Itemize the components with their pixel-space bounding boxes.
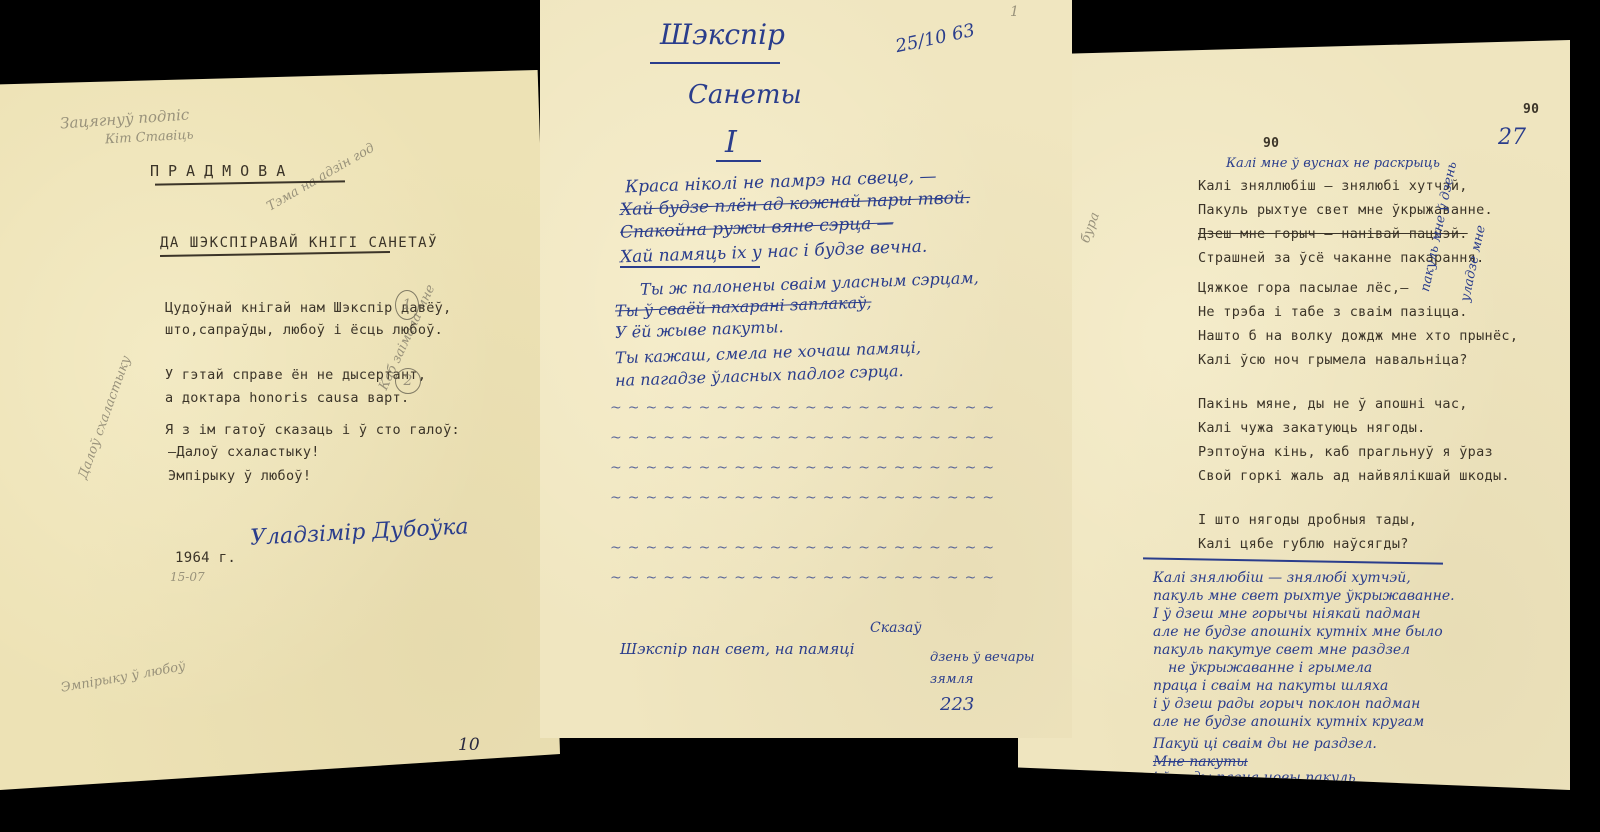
page-subtitle: ДА ШЭКСПІРАВАЙ КНІГІ САНЕТАЎ (160, 235, 438, 251)
handwritten-line: Пакуй ці сваім ды не раздзел. (1153, 736, 1377, 752)
page-number-corner: 90 (1523, 102, 1539, 117)
poem-line: —Далоў схаластыку! (168, 444, 320, 460)
ink-scribbles: ~~~~~~~~~~~~~~~~~~~~~~ (610, 540, 1000, 556)
sonnet-numeral: I (725, 125, 737, 160)
poem-line: Дзеш мне горыч — нанівай пацнэй. (1198, 226, 1468, 242)
pencil-note: Эмпірыку ў любоў (60, 659, 187, 696)
handwritten-line: Шэкспір пан свет, на памяці (620, 640, 855, 658)
poem-line: што,сапраўды, любоў і ёсць любоў. (165, 322, 443, 338)
handwritten-line: і ў дзеш рады горыч поклон падман (1153, 696, 1420, 712)
handwritten-line: Хай памяць іх у нас і будзе вечна. (620, 237, 928, 268)
signature: Уладзімір Дубоўка (249, 514, 469, 550)
handwritten-line: пакуль мне свет рыхтуе ўкрыжаванне. (1153, 588, 1455, 604)
heading-underline (650, 62, 780, 64)
circle-mark: 1 (395, 290, 419, 320)
pencil-note: Далоў схаластыку (76, 354, 135, 481)
ink-scribbles: ~~~~~~~~~~~~~~~~~~~~~~ (610, 430, 1000, 446)
poem-line: Калі цябе гублю наўсягды? (1198, 536, 1409, 552)
ink-scribbles: ~~~~~~~~~~~~~~~~~~~~~~ (610, 400, 1000, 416)
handwritten-line: праца і сваім на пакуты шляха (1153, 678, 1388, 694)
poem-line: Пакінь мяне, ды не ў апошні час, (1198, 396, 1468, 412)
author-heading: Шэкспір (660, 18, 785, 51)
pencil-note: бура (1078, 210, 1103, 245)
manuscript-page-middle: Шэкспір Санеты I 25/10 63 Краса ніколі н… (540, 0, 1072, 738)
poem-line: Страшней за ўсё чаканне пакарання. (1198, 250, 1485, 266)
handwritten-line: пакуль пакутуе свет мне раздзел (1153, 642, 1410, 658)
ink-scribbles: ~~~~~~~~~~~~~~~~~~~~~~ (610, 460, 1000, 476)
poem-line: Эмпірыку ў любоў! (168, 468, 311, 484)
poem-line: Не трэба і табе з сваім пазіцца. (1198, 304, 1468, 320)
subtitle-underline (160, 251, 390, 257)
date-note: 15-07 (170, 570, 205, 584)
handwritten-line: І ў дзеш мне горычы ніякай падман (1153, 606, 1421, 622)
manuscript-page-left: Зацягнуў подпіс Кіт Ставіць Тэма на адзі… (0, 70, 560, 790)
handwritten-line: У ёй жыве пакуты. (615, 317, 784, 342)
poem-line: Калі ўсю ноч грымела навальніца? (1198, 352, 1468, 368)
poem-line: І што нягоды дробныя тады, (1198, 512, 1417, 528)
page-number: 90 (1263, 136, 1279, 151)
poem-line: Нашто б на волку дождж мне хто прынёс, (1198, 328, 1518, 344)
poem-line: Я з ім гатоў сказаць і ў сто галоў: (165, 422, 460, 438)
handwritten-folio: 27 (1498, 125, 1526, 150)
handwritten-line: Мне пакуты (1153, 754, 1248, 770)
circle-mark: 2 (395, 368, 421, 394)
margin-note: дзень ў вечары (930, 650, 1034, 665)
section-divider (620, 266, 760, 268)
numeral-underline (716, 160, 761, 162)
page-number: 10 (458, 735, 480, 755)
blue-header-note: Калі мне ў вуснах не раскрыць (1226, 156, 1440, 171)
poem-line: Рэптоўна кінь, каб прагльнуў я ўраз (1198, 444, 1493, 460)
poem-line: Калі чужа закатуюць нягоды. (1198, 420, 1426, 436)
handwritten-line: Калі знялюбіш — знялюбі хутчэй, (1153, 570, 1411, 586)
poem-line: а доктара honoris causa варт. (165, 390, 409, 406)
poem-line: Калі зняллюбіш — знялюбі хутчэй, (1198, 178, 1468, 194)
handwritten-line: не ўкрыжаванне і грымела (1168, 660, 1372, 676)
folio-number: 223 (940, 694, 974, 715)
title-heading: Санеты (688, 80, 802, 110)
pencil-note: Кіт Ставіць (105, 128, 194, 148)
margin-note: Сказаў (870, 620, 922, 636)
corner-mark: 1 (1010, 4, 1019, 20)
handwritten-line: і ў рады пазна новы пакуль (1153, 770, 1356, 786)
handwritten-line: але не будзе апошніх кутніх мне было (1153, 624, 1443, 640)
date-note: 25/10 63 (894, 20, 977, 57)
poem-line: У гэтай справе ён не дысертант, (165, 367, 426, 383)
ink-scribbles: ~~~~~~~~~~~~~~~~~~~~~~ (610, 490, 1000, 506)
margin-note: зямля (930, 672, 973, 687)
section-divider (1143, 557, 1443, 564)
manuscript-page-right: 90 27 90 Калі мне ў вуснах не раскрыць К… (1018, 40, 1570, 790)
ink-scribbles: ~~~~~~~~~~~~~~~~~~~~~~ (610, 570, 1000, 586)
poem-line: Цяжкое гора пасылае лёс,— (1198, 280, 1409, 296)
poem-line: Свой горкі жаль ад найвялікшай шкоды. (1198, 468, 1510, 484)
year: 1964 г. (175, 550, 236, 566)
page-title: ПРАДМОВА (150, 162, 294, 180)
handwritten-line: але не будзе апошніх кутніх кругам (1153, 714, 1424, 730)
